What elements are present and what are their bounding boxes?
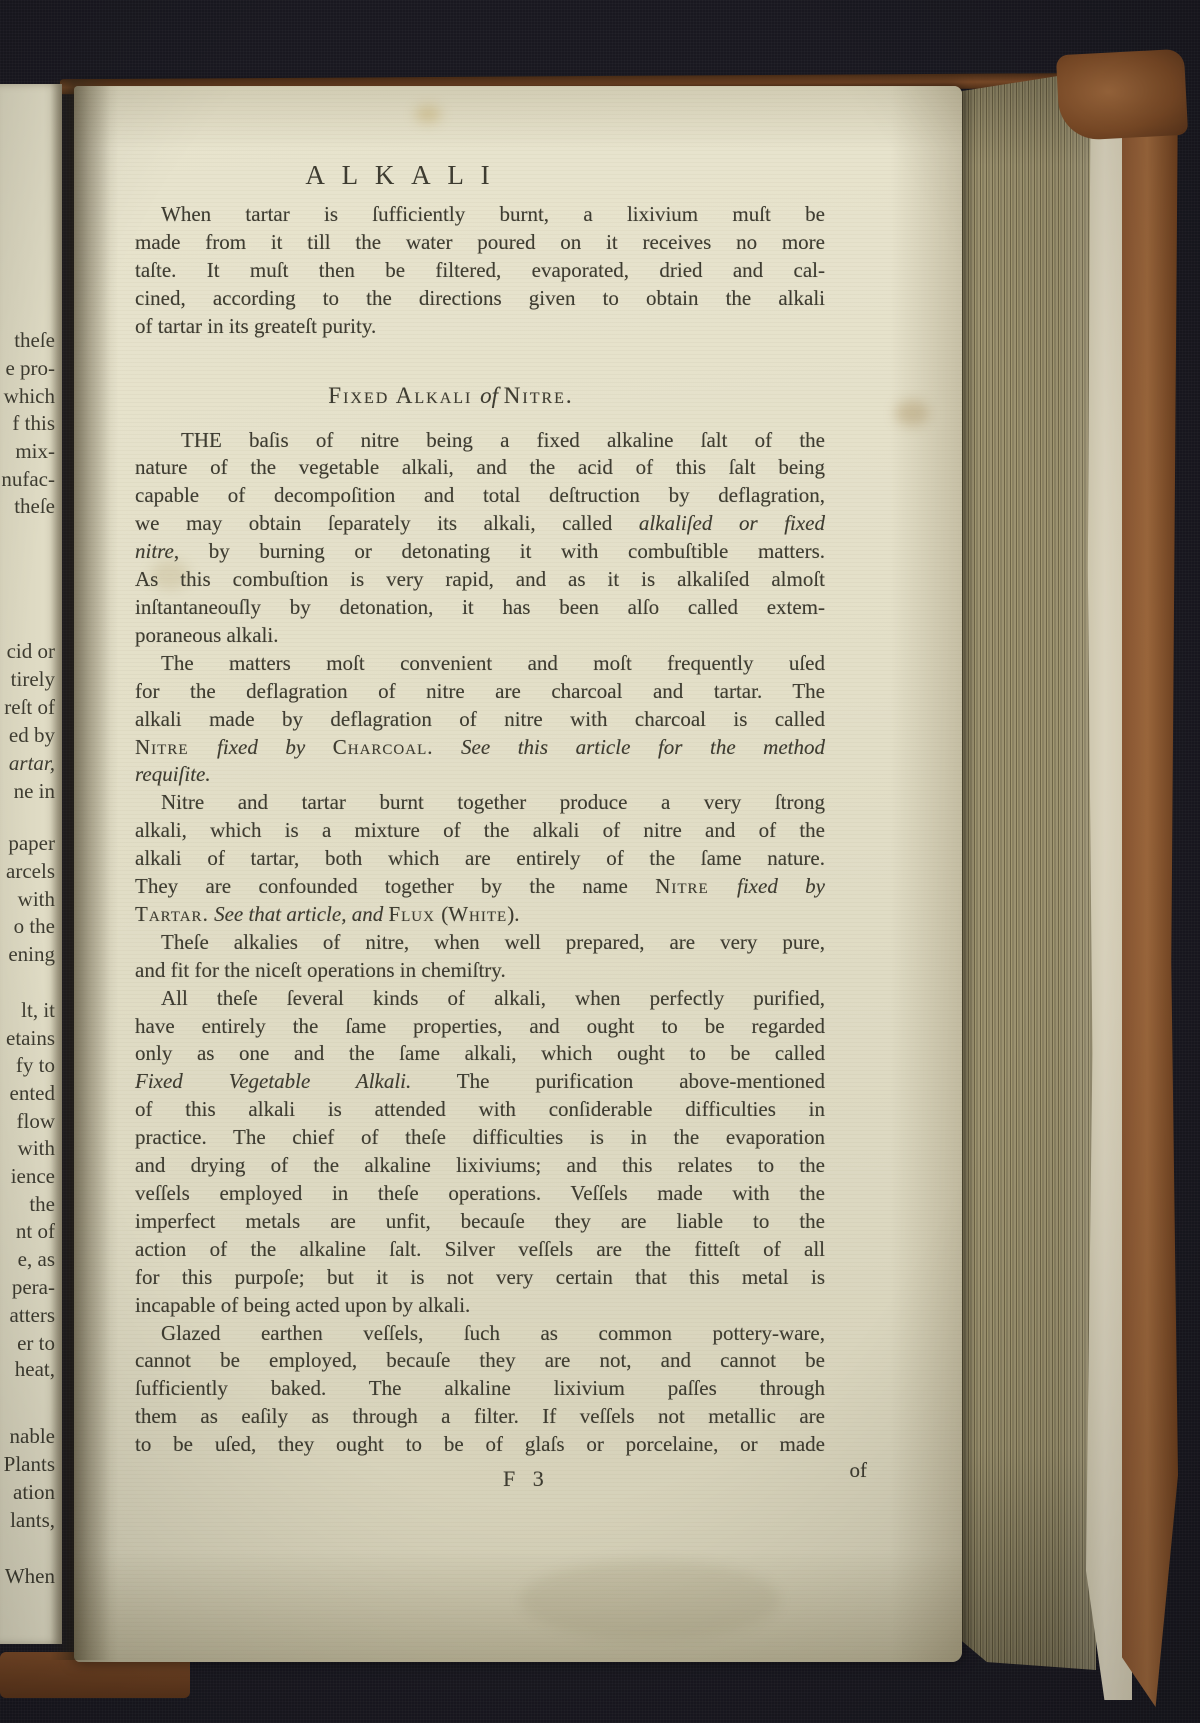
small-caps-text: Fixed Alkali xyxy=(328,383,480,408)
left-page-fragment: ening xyxy=(8,941,55,967)
book-photograph: theſee pro-whichf thismix-nufac-theſecid… xyxy=(0,0,1200,1723)
left-page-fragment: nufac- xyxy=(1,466,55,492)
text-line: When tartar is ſufficiently burnt, a lix… xyxy=(135,201,825,229)
text-line: Tartar. See that article, and Flux (Whit… xyxy=(135,901,825,929)
left-page-fragment: tirely xyxy=(11,666,55,692)
text-line: to be uſed, they ought to be of glaſs or… xyxy=(135,1431,825,1459)
text-segment: veſſels employed in theſe operations. Ve… xyxy=(135,1181,825,1205)
left-page-fragment: When xyxy=(5,1563,55,1589)
left-page-fragment: nt of xyxy=(16,1218,55,1244)
italic-text: Fixed Vegetable Alkali. xyxy=(135,1069,411,1093)
text-line: taſte. It muſt then be filtered, evapora… xyxy=(135,257,825,285)
text-line: Theſe alkalies of nitre, when well prepa… xyxy=(135,929,825,957)
text-segment: Glazed earthen veſſels, ſuch as common p… xyxy=(161,1321,825,1345)
italic-text: requiſite. xyxy=(135,762,211,786)
left-page-fragment: nable xyxy=(10,1423,55,1449)
page-footer: F 3of xyxy=(135,1463,825,1497)
text-segment: practice. The chief of theſe difficultie… xyxy=(135,1125,825,1149)
left-page-fragment: lants, xyxy=(10,1507,55,1533)
text-segment: for the deflagration of nitre are charco… xyxy=(135,679,825,703)
paragraph: All theſe ſeveral kinds of alkali, when … xyxy=(135,985,825,1320)
italic-text: See this article for the method xyxy=(461,735,825,759)
left-page-fragment: e, as xyxy=(18,1246,55,1272)
text-line: capable of decompoſition and total deſtr… xyxy=(135,482,825,510)
left-page-fragment: artar, xyxy=(9,750,55,776)
text-line: Nitre fixed by Charcoal. See this articl… xyxy=(135,734,825,762)
text-segment: of tartar in its greateſt purity. xyxy=(135,314,376,338)
text-line: practice. The chief of theſe difficultie… xyxy=(135,1124,825,1152)
text-segment: only as one and the ſame alkali, which o… xyxy=(135,1041,825,1065)
text-segment: alkali of tartar, both which are entirel… xyxy=(135,846,825,870)
small-caps-text: Nitre. xyxy=(504,383,574,408)
paragraph: When tartar is ſufficiently burnt, a lix… xyxy=(135,201,825,341)
text-segment: inſtantaneouſly by detonation, it has be… xyxy=(135,595,825,619)
text-segment: have entirely the ſame properties, and o… xyxy=(135,1014,825,1038)
left-page-fragment: pera- xyxy=(12,1274,55,1300)
text-line: ſufficiently baked. The alkaline lixiviu… xyxy=(135,1375,825,1403)
text-line: Glazed earthen veſſels, ſuch as common p… xyxy=(135,1320,825,1348)
facing-page-text-fragments: theſee pro-whichf thismix-nufac-theſecid… xyxy=(0,0,58,1723)
left-page-fragment: reſt of xyxy=(4,694,55,720)
text-segment: cannot be employed, becauſe they are not… xyxy=(135,1348,825,1372)
text-segment: of this alkali is attended with conſider… xyxy=(135,1097,825,1121)
italic-text: fixed by xyxy=(737,874,825,898)
left-page-fragment: which xyxy=(4,383,55,409)
section-heading: Fixed Alkali of Nitre. xyxy=(135,381,767,411)
left-page-fragment: cid or xyxy=(7,638,55,664)
left-page-fragment: o the xyxy=(14,913,55,939)
text-line: veſſels employed in theſe operations. Ve… xyxy=(135,1180,825,1208)
text-line: only as one and the ſame alkali, which o… xyxy=(135,1040,825,1068)
text-segment: nature of the vegetable alkali, and the … xyxy=(135,455,825,479)
italic-text: See that article, and xyxy=(214,902,388,926)
text-line: made from it till the water poured on it… xyxy=(135,229,825,257)
small-caps-text: Tartar. xyxy=(135,902,209,926)
text-segment: THE baſis of nitre being a fixed alkalin… xyxy=(181,428,825,452)
text-line: we may obtain ſeparately its alkali, cal… xyxy=(135,510,825,538)
text-line: Nitre and tartar burnt together produce … xyxy=(135,789,825,817)
text-segment: As this combuſtion is very rapid, and as… xyxy=(135,567,825,591)
left-page-fragment: etains xyxy=(6,1025,55,1051)
italic-text: nitre xyxy=(135,539,174,563)
text-line: incapable of being acted upon by alkali. xyxy=(135,1292,825,1320)
left-page-fragment: paper xyxy=(8,830,55,856)
text-segment: ). xyxy=(507,902,519,926)
text-segment: The purification above-mentioned xyxy=(411,1069,825,1093)
left-page-fragment: ation xyxy=(13,1479,55,1505)
text-segment: Theſe alkalies of nitre, when well prepa… xyxy=(161,930,825,954)
text-segment: , by burning or detonating it with combu… xyxy=(174,539,825,563)
text-line: imperfect metals are unfit, becauſe they… xyxy=(135,1208,825,1236)
text-segment: Nitre and tartar burnt together produce … xyxy=(161,790,825,814)
text-segment: taſte. It muſt then be filtered, evapora… xyxy=(135,258,825,282)
text-line: alkali of tartar, both which are entirel… xyxy=(135,845,825,873)
gathering-signature: F 3 xyxy=(503,1465,550,1493)
text-segment: for this purpoſe; but it is not very cer… xyxy=(135,1265,825,1289)
paragraph: The matters moſt convenient and moſt fre… xyxy=(135,650,825,790)
text-line: inſtantaneouſly by detonation, it has be… xyxy=(135,594,825,622)
text-segment: ſufficiently baked. The alkaline lixiviu… xyxy=(135,1376,825,1400)
left-page-fragment: with xyxy=(18,886,55,912)
italic-text: fixed by xyxy=(217,735,333,759)
small-caps-text: Charcoal. xyxy=(333,735,434,759)
left-page-fragment: ented xyxy=(10,1080,55,1106)
left-page-fragment: flow xyxy=(17,1108,56,1134)
small-caps-text: Nitre xyxy=(655,874,737,898)
left-page-fragment: Plants xyxy=(4,1451,55,1477)
text-line: for the deflagration of nitre are charco… xyxy=(135,678,825,706)
paragraph: Glazed earthen veſſels, ſuch as common p… xyxy=(135,1320,825,1460)
book-fore-edge-pages xyxy=(956,70,1096,1670)
text-line: cannot be employed, becauſe they are not… xyxy=(135,1347,825,1375)
text-line: alkali made by deflagration of nitre wit… xyxy=(135,706,825,734)
text-line: of tartar in its greateſt purity. xyxy=(135,313,825,341)
small-caps-text: Nitre xyxy=(135,735,217,759)
left-page-fragment: f this xyxy=(12,410,55,436)
paragraph: THE baſis of nitre being a fixed alkalin… xyxy=(135,427,825,650)
text-segment: and drying of the alkaline lixiviums; an… xyxy=(135,1153,825,1177)
italic-text: of xyxy=(480,383,504,408)
text-line: have entirely the ſame properties, and o… xyxy=(135,1013,825,1041)
text-segment: we may obtain ſeparately its alkali, cal… xyxy=(135,511,639,535)
text-line: for this purpoſe; but it is not very cer… xyxy=(135,1264,825,1292)
paragraph: Nitre and tartar burnt together produce … xyxy=(135,789,825,929)
left-page-fragment: ed by xyxy=(9,722,55,748)
text-segment: alkali, which is a mixture of the alkali… xyxy=(135,818,825,842)
text-line: nitre, by burning or detonating it with … xyxy=(135,538,825,566)
text-segment: made from it till the water poured on it… xyxy=(135,230,825,254)
text-line: THE baſis of nitre being a fixed alkalin… xyxy=(135,427,825,455)
text-line: requiſite. xyxy=(135,761,825,789)
left-page-fragment: theſe xyxy=(14,327,55,353)
text-line: They are confounded together by the name… xyxy=(135,873,825,901)
page-text-block: When tartar is ſufficiently burnt, a lix… xyxy=(135,201,825,1497)
text-line: Fixed Vegetable Alkali. The purification… xyxy=(135,1068,825,1096)
text-line: alkali, which is a mixture of the alkali… xyxy=(135,817,825,845)
left-page-fragment: with xyxy=(18,1135,55,1161)
left-page-fragment: heat, xyxy=(15,1356,55,1382)
left-page-fragment: arcels xyxy=(6,858,55,884)
text-segment xyxy=(434,735,462,759)
text-segment: capable of decompoſition and total deſtr… xyxy=(135,483,825,507)
text-line: them as eaſily as through a filter. If v… xyxy=(135,1403,825,1431)
text-line: nature of the vegetable alkali, and the … xyxy=(135,454,825,482)
text-segment: them as eaſily as through a filter. If v… xyxy=(135,1404,825,1428)
text-segment: When tartar is ſufficiently burnt, a lix… xyxy=(161,202,825,226)
catchword: of xyxy=(850,1457,868,1485)
text-line: poraneous alkali. xyxy=(135,622,825,650)
running-title: ALKALI xyxy=(135,160,825,191)
text-line: and drying of the alkaline lixiviums; an… xyxy=(135,1152,825,1180)
text-segment: They are confounded together by the name xyxy=(135,874,655,898)
small-caps-text: Flux xyxy=(388,902,441,926)
text-line: As this combuſtion is very rapid, and as… xyxy=(135,566,825,594)
left-page-fragment: the xyxy=(29,1191,55,1217)
left-page-fragment: lt, it xyxy=(21,997,55,1023)
left-page-fragment: e pro- xyxy=(5,355,55,381)
text-line: action of the alkaline ſalt. Silver veſſ… xyxy=(135,1236,825,1264)
small-caps-text: White xyxy=(448,902,507,926)
text-segment: to be uſed, they ought to be of glaſs or… xyxy=(135,1432,825,1456)
text-segment: poraneous alkali. xyxy=(135,623,278,647)
paragraph: Theſe alkalies of nitre, when well prepa… xyxy=(135,929,825,985)
text-line: of this alkali is attended with conſider… xyxy=(135,1096,825,1124)
left-page-fragment: atters xyxy=(10,1302,55,1328)
left-page-fragment: fy to xyxy=(16,1052,55,1078)
text-segment: alkali made by deflagration of nitre wit… xyxy=(135,707,825,731)
text-segment: and fit for the niceſt operations in che… xyxy=(135,958,506,982)
text-segment: action of the alkaline ſalt. Silver veſſ… xyxy=(135,1237,825,1261)
text-segment: cined, according to the directions given… xyxy=(135,286,825,310)
text-segment: All theſe ſeveral kinds of alkali, when … xyxy=(161,986,825,1010)
leather-corner xyxy=(1056,49,1188,142)
left-page-fragment: mix- xyxy=(15,438,55,464)
text-segment: incapable of being acted upon by alkali. xyxy=(135,1293,470,1317)
text-line: and fit for the niceſt operations in che… xyxy=(135,957,825,985)
text-line: cined, according to the directions given… xyxy=(135,285,825,313)
left-page-fragment: ience xyxy=(11,1163,55,1189)
leather-cover-edge xyxy=(1122,52,1178,1707)
text-segment: The matters moſt convenient and moſt fre… xyxy=(161,651,825,675)
text-line: All theſe ſeveral kinds of alkali, when … xyxy=(135,985,825,1013)
left-page-fragment: ne in xyxy=(14,778,55,804)
text-segment: imperfect metals are unfit, becauſe they… xyxy=(135,1209,825,1233)
italic-text: alkaliſed or fixed xyxy=(639,511,825,535)
left-page-fragment: theſe xyxy=(14,493,55,519)
text-line: The matters moſt convenient and moſt fre… xyxy=(135,650,825,678)
left-page-fragment: er to xyxy=(17,1330,55,1356)
